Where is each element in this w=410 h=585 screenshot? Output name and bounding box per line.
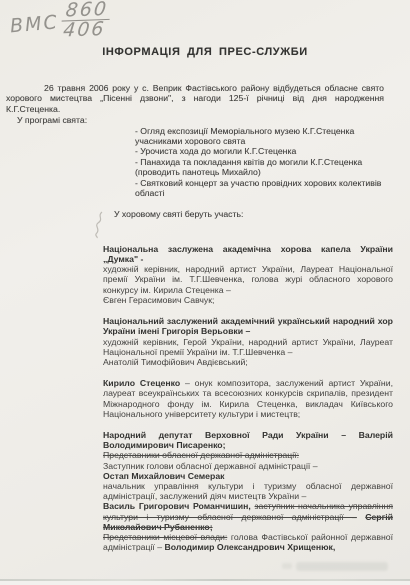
- struck-local-header: Представники місцевої влади:: [103, 532, 227, 542]
- entry-dumka-capella: Національна заслужена академічна хорова …: [103, 244, 393, 305]
- entry-description: художній керівник, народний артист Украї…: [103, 264, 393, 294]
- stamp-prefix: ВМС: [9, 11, 59, 37]
- vice-head-line: Заступник голови обласної державної адмі…: [103, 461, 318, 471]
- entry-person: Анатолій Тимофійович Авдієвський;: [103, 357, 248, 367]
- person-name-romanchyshyn: Василь Григорович Романчишин,: [103, 501, 251, 511]
- struck-regional-header: Представники обласної державної адмініст…: [103, 450, 299, 460]
- stamp-denominator: 406: [59, 20, 109, 40]
- program-item: - Огляд експозиції Меморіального музею К…: [135, 126, 397, 147]
- scanned-press-release-page: ВМС860406 ІНФОРМАЦІЯ ДЛЯ ПРЕС-СЛУЖБИ 26 …: [0, 0, 410, 585]
- person-name: Кирило Стеценко: [103, 378, 180, 388]
- entry-kyrylo-stetsenko: Кирило Стеценко – онук композитора, засл…: [103, 378, 393, 419]
- entry-veryovka-choir: Національний заслужений академічний укра…: [103, 316, 393, 367]
- person-name-khryshcheniuk: Володимир Олександрович Хрищенюк,: [165, 542, 336, 552]
- program-list: - Огляд експозиції Меморіального музею К…: [135, 126, 397, 199]
- bleed-through-smudge: [296, 562, 388, 571]
- participants-label: У хоровому святі беруть участь:: [114, 209, 410, 219]
- program-item: - Панахида та покладання квітів до могил…: [135, 157, 397, 178]
- intro-paragraph: 26 травня 2006 року у с. Веприк Фастівсь…: [6, 83, 384, 114]
- pencil-checkmark-icon: [91, 210, 107, 240]
- program-item: - Святковий концерт за участю провідних …: [135, 178, 397, 199]
- entry-person: Євген Герасимович Савчук;: [103, 295, 214, 305]
- scanner-edge-strip: [0, 581, 410, 585]
- bleed-through-smudge: [282, 563, 292, 569]
- entry-officials: Народний депутат Верховної Ради України …: [103, 430, 393, 552]
- program-item: - Урочиста хода до могили К.Г.Стеценка: [135, 146, 397, 156]
- handwritten-registration-number: ВМС860406: [9, 0, 113, 45]
- entry-description: художній керівник, Герой України, народн…: [103, 337, 393, 357]
- stamp-fraction: 860406: [62, 1, 112, 40]
- entry-title: Національний заслужений академічний укра…: [103, 316, 393, 336]
- participants-entries: Національна заслужена академічна хорова …: [103, 244, 393, 552]
- deputy-line: Народний депутат Верховної Ради України …: [103, 430, 393, 450]
- entry-title: Національна заслужена академічна хорова …: [103, 244, 393, 264]
- culture-head-line: начальник управління культури і туризму …: [103, 481, 393, 501]
- document-title: ІНФОРМАЦІЯ ДЛЯ ПРЕС-СЛУЖБИ: [0, 46, 410, 58]
- program-label: У програмі свята:: [17, 115, 410, 125]
- person-name-semerak: Остап Михайлович Семерак: [103, 471, 225, 481]
